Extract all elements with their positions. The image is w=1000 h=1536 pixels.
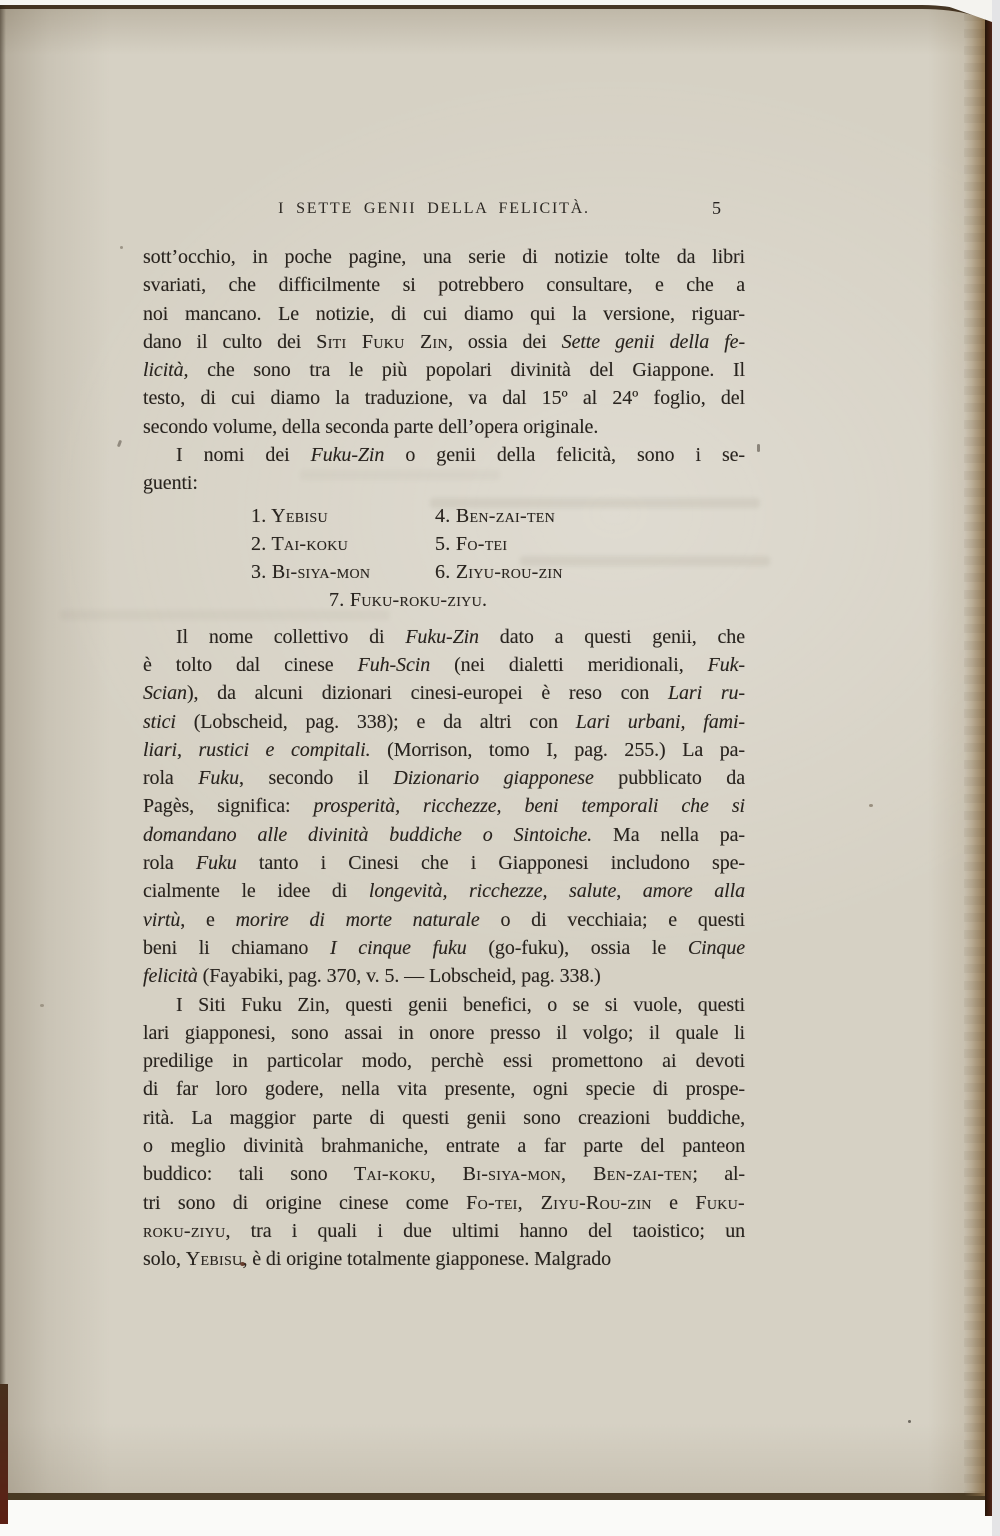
text-line: tri sono di origine cinese come Fo-tei, … [143,1189,745,1217]
text-line: stici (Lobscheid, pag. 338); e da altri … [143,708,745,736]
text-segment: Ma nella pa- [592,824,745,846]
text-segment: (Fayabiki, pag. 370, v. 5. — Lobscheid, … [198,965,601,987]
deity-list-row: 3. Bi-siya-mon6. Ziyu-rou-zin [143,558,745,586]
text-segment: I nomi dei [176,444,311,466]
page-text-block: sott’occhio, in poche pagine, una serie … [143,243,745,1274]
deity-name: 4. Ben-zai-ten [435,502,555,530]
text-line: felicità (Fayabiki, pag. 370, v. 5. — Lo… [143,962,745,990]
page-number: 5 [712,198,721,219]
text-line: sott’occhio, in poche pagine, una serie … [143,243,745,271]
text-segment: dato a questi genii, che [479,626,745,648]
text-segment: che sono tra le più popolari divinità de… [188,359,745,381]
deity-name: 3. Bi-siya-mon [251,558,435,586]
book-cover-strip [0,1384,8,1524]
text-segment: I Siti Fuku Zin, questi genii benefici, … [176,994,745,1016]
text-segment: cialmente le idee di [143,880,369,902]
text-segment: lari giapponesi, sono assai in onore pre… [143,1022,745,1044]
text-line: licità, che sono tra le più popolari div… [143,356,745,384]
running-header-title: I SETTE GENII DELLA FELICITÀ. [133,200,735,218]
text-segment: solo, [143,1248,186,1270]
text-line: è tolto dal cinese Fuh-Scin (nei dialett… [143,651,745,679]
running-header: I SETTE GENII DELLA FELICITÀ. 5 [143,200,745,218]
text-line: buddico: tali sono Tai-koku, Bi-siya-mon… [143,1160,745,1188]
text-line: noi mancano. Le notizie, di cui diamo qu… [143,300,745,328]
gutter-shadow-edge [0,5,6,1500]
text-segment: sott’occhio, in poche pagine, una serie … [143,246,745,268]
paragraph: I nomi dei Fuku-Zin o genii della felici… [143,441,745,498]
text-line: rola Fuku, secondo il Dizionario giappon… [143,764,745,792]
paper-speck [120,246,123,249]
text-segment: rità. La maggior parte di questi genii s… [143,1107,745,1129]
text-segment: (Morrison, tomo I, pag. 255.) La pa- [371,739,746,761]
deity-list-row: 1. Yebisu4. Ben-zai-ten [143,502,745,530]
text-segment: predilige in particolar modo, perchè ess… [143,1050,745,1072]
book-scan: I SETTE GENII DELLA FELICITÀ. 5 sott’occ… [0,0,1000,1536]
text-line: beni li chiamano I cinque fuku (go-fuku)… [143,934,745,962]
text-segment: testo, di cui diamo la traduzione, va da… [143,387,745,409]
deity-name-list: 1. Yebisu4. Ben-zai-ten2. Tai-koku5. Fo-… [143,502,745,614]
scanner-background-right [992,0,1000,1536]
page-corner-chamfer [930,0,992,22]
text-segment: Lari urbani, fami- [576,711,745,733]
text-segment: tri sono di origine cinese come [143,1192,466,1214]
text-line: Pagès, significa: prosperità, ricchezze,… [143,792,745,820]
text-segment: morire di morte naturale [236,909,480,931]
text-segment: di far loro godere, nella vita presente,… [143,1078,745,1100]
text-segment: è tolto dal cinese [143,654,358,676]
text-segment: felicità [143,965,198,987]
text-segment: , ossia dei [448,331,562,353]
text-segment: I cinque fuku [330,937,467,959]
text-segment: Il nome collettivo di [176,626,405,648]
text-segment: roku-ziyu [143,1220,225,1242]
text-line: guenti: [143,469,745,497]
text-segment: (nei dialetti meridionali, [430,654,708,676]
text-segment: prosperità, ricchezze, beni temporali ch… [314,795,745,817]
text-line: testo, di cui diamo la traduzione, va da… [143,384,745,412]
deity-name: 2. Tai-koku [251,530,435,558]
text-segment: o meglio divinità brahmaniche, entrate a… [143,1135,745,1157]
text-segment: Siti Fuku Zin [316,331,448,353]
paper-speck [908,1420,911,1423]
text-segment: pubblicato da [594,767,745,789]
text-segment: stici [143,711,176,733]
scanner-background-bottom [0,1500,1000,1536]
text-line: dano il culto dei Siti Fuku Zin, ossia d… [143,328,745,356]
text-segment: Fuku-Zin [311,444,385,466]
paper-speck [757,444,760,452]
paper-speck [240,1262,245,1266]
text-segment: Cinque [688,937,745,959]
text-line: svariati, che difficilmente si potrebber… [143,271,745,299]
text-line: rola Fuku tanto i Cinesi che i Giappones… [143,849,745,877]
text-line: solo, Yebisu, è di origine totalmente gi… [143,1245,745,1273]
text-line: roku-ziyu, tra i quali i due ultimi hann… [143,1217,745,1245]
text-segment: rola [143,767,198,789]
text-segment: Sette genii della fe- [562,331,745,353]
text-segment: Fuku-Zin [405,626,479,648]
text-line: secondo volume, della seconda parte dell… [143,413,745,441]
text-segment: ; al- [692,1163,745,1185]
text-segment: , secondo il [239,767,393,789]
text-segment: Fuku- [695,1192,745,1214]
paragraph: Il nome collettivo di Fuku-Zin dato a qu… [143,623,745,991]
text-segment: , e [180,909,235,931]
book-fore-edge [985,16,992,1516]
text-line: Scian), da alcuni dizionari cinesi-europ… [143,679,745,707]
text-segment: beni li chiamano [143,937,330,959]
text-segment: Fo-tei, Ziyu-Rou-zin [466,1192,652,1214]
text-line: domandano alle divinità buddiche o Sinto… [143,821,745,849]
text-segment: Lari ru- [668,682,745,704]
text-segment: liari, rustici e compitali. [143,739,371,761]
text-line: Il nome collettivo di Fuku-Zin dato a qu… [143,623,745,651]
paragraph: I Siti Fuku Zin, questi genii benefici, … [143,991,745,1274]
deity-name: 1. Yebisu [251,502,435,530]
text-line: predilige in particolar modo, perchè ess… [143,1047,745,1075]
text-segment: Fuk- [708,654,745,676]
text-segment: (Lobscheid, pag. 338); e da altri con [176,711,576,733]
text-segment: noi mancano. Le notizie, di cui diamo qu… [143,303,745,325]
text-line: lari giapponesi, sono assai in onore pre… [143,1019,745,1047]
text-segment: licità, [143,359,188,381]
text-line: virtù, e morire di morte naturale o di v… [143,906,745,934]
deity-name: 6. Ziyu-rou-zin [435,558,563,586]
text-line: di far loro godere, nella vita presente,… [143,1075,745,1103]
text-segment: secondo volume, della seconda parte dell… [143,416,598,438]
text-segment: Fuku [196,852,237,874]
text-segment: tanto i Cinesi che i Giapponesi includon… [237,852,745,874]
text-segment: rola [143,852,196,874]
text-segment: guenti: [143,472,198,494]
text-segment: Tai-koku, Bi-siya-mon, Ben-zai-ten [354,1163,692,1185]
text-segment: virtù [143,909,180,931]
text-line: I nomi dei Fuku-Zin o genii della felici… [143,441,745,469]
text-segment: Yebisu [186,1248,243,1270]
paper-speck [869,804,873,807]
text-segment: Dizionario giapponese [393,767,593,789]
text-line: cialmente le idee di longevità, ricchezz… [143,877,745,905]
text-segment: Scian [143,682,187,704]
page-deckle-edge [964,12,986,1496]
text-segment: o genii della felicità, sono i se- [384,444,745,466]
text-segment: o di vecchiaia; e questi [480,909,745,931]
text-segment: domandano alle divinità buddiche o Sinto… [143,824,592,846]
deity-list-row: 2. Tai-koku5. Fo-tei [143,530,745,558]
text-segment: , è di origine totalmente giapponese. Ma… [242,1248,611,1270]
text-segment: longevità, ricchezze, salute [369,880,616,902]
text-segment: Pagès, significa: [143,795,314,817]
text-segment: (go-fuku), ossia le [467,937,688,959]
text-segment: buddico: tali sono [143,1163,354,1185]
text-segment: e [652,1192,696,1214]
text-segment: svariati, che difficilmente si potrebber… [143,274,745,296]
text-segment: , tra i quali i due ultimi hanno del tao… [225,1220,745,1242]
text-line: I Siti Fuku Zin, questi genii benefici, … [143,991,745,1019]
text-line: rità. La maggior parte di questi genii s… [143,1104,745,1132]
text-segment: amore alla [643,880,745,902]
deity-name-centered: 7. Fuku-roku-ziyu. [143,586,745,614]
text-segment: ), da alcuni dizionari cinesi-europei è … [187,682,668,704]
text-segment: Fuh-Scin [358,654,431,676]
paper-speck [40,1004,44,1007]
text-segment: , [616,880,643,902]
text-segment: dano il culto dei [143,331,316,353]
paragraph: sott’occhio, in poche pagine, una serie … [143,243,745,441]
text-line: o meglio divinità brahmaniche, entrate a… [143,1132,745,1160]
text-segment: Fuku [198,767,239,789]
deity-name: 5. Fo-tei [435,530,507,558]
text-line: liari, rustici e compitali. (Morrison, t… [143,736,745,764]
